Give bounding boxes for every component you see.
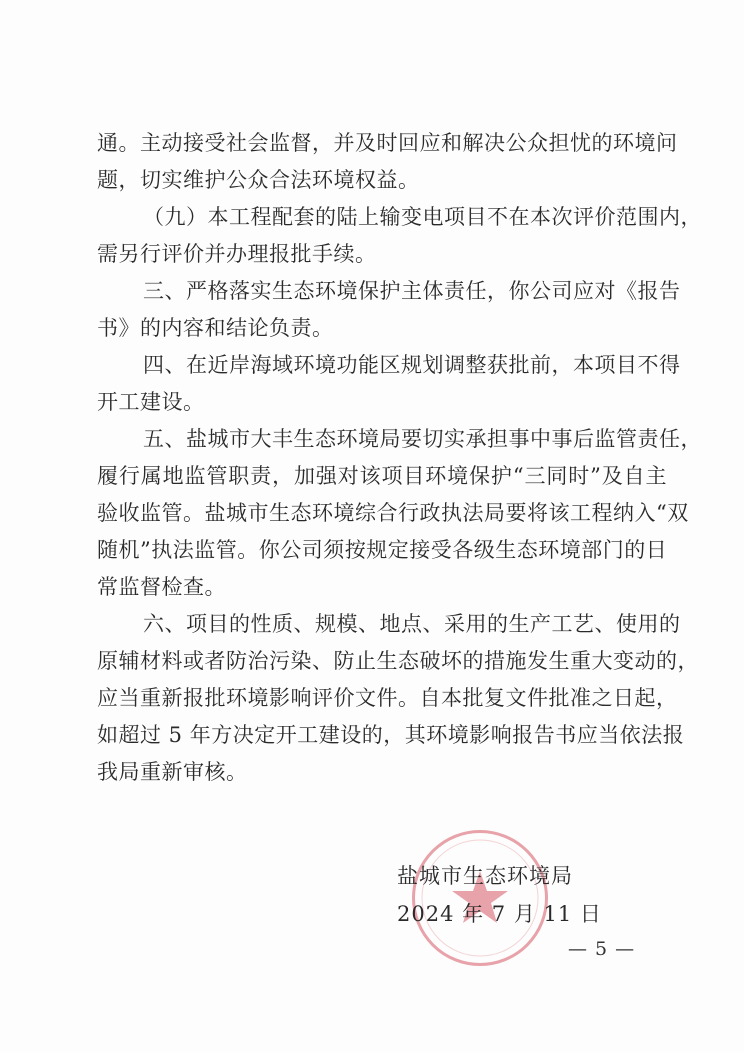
signature-block: 盐城市生态环境局 2024 年 7 月 11 日 [397, 857, 602, 933]
text-line: 六、项目的性质、规模、地点、采用的生产工艺、使用的 [97, 606, 667, 643]
text-line: 通。主动接受社会监督，并及时回应和解决公众担忧的环境问 [97, 125, 667, 162]
text-line: 原辅材料或者防治污染、防止生态破坏的措施发生重大变动的， [97, 643, 667, 680]
document-body: 通。主动接受社会监督，并及时回应和解决公众担忧的环境问 题，切实维护公众合法环境… [97, 125, 667, 791]
text-line: 题，切实维护公众合法环境权益。 [97, 162, 667, 199]
document-page: 通。主动接受社会监督，并及时回应和解决公众担忧的环境问 题，切实维护公众合法环境… [0, 0, 744, 1052]
text-line: 常监督检查。 [97, 569, 667, 606]
issue-date: 2024 年 7 月 11 日 [397, 895, 602, 933]
text-line: 应当重新报批环境影响评价文件。自本批复文件批准之日起， [97, 680, 667, 717]
text-line: 验收监管。盐城市生态环境综合行政执法局要将该工程纳入“双 [97, 495, 667, 532]
text-line: 履行属地监管职责，加强对该项目环境保护“三同时”及自主 [97, 458, 667, 495]
text-line: 开工建设。 [97, 384, 667, 421]
text-line: 三、严格落实生态环境保护主体责任，你公司应对《报告 [97, 273, 667, 310]
text-line: 五、盐城市大丰生态环境局要切实承担事中事后监管责任， [97, 421, 667, 458]
text-line: 如超过 5 年方决定开工建设的，其环境影响报告书应当依法报 [97, 717, 667, 754]
text-line: 四、在近岸海域环境功能区规划调整获批前，本项目不得 [97, 347, 667, 384]
text-line: 随机”执法监管。你公司须按规定接受各级生态环境部门的日 [97, 532, 667, 569]
text-line: 需另行评价并办理报批手续。 [97, 236, 667, 273]
page-number: — 5 — [568, 938, 635, 960]
issuer-name: 盐城市生态环境局 [397, 857, 602, 895]
text-line: 我局重新审核。 [97, 754, 667, 791]
text-line: 书》的内容和结论负责。 [97, 310, 667, 347]
text-line: （九）本工程配套的陆上输变电项目不在本次评价范围内， [97, 199, 667, 236]
